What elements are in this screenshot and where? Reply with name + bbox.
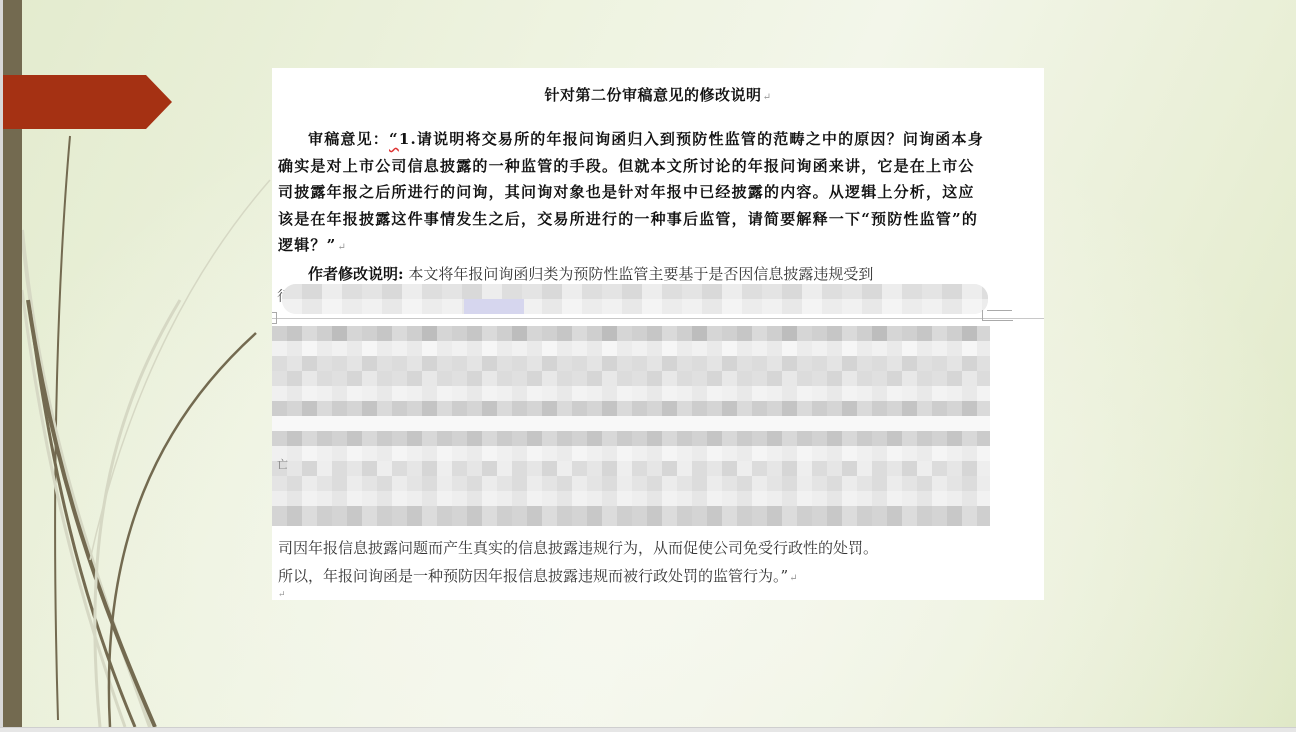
author-response-label: 作者修改说明: (308, 265, 404, 283)
paragraph-mark-icon: ↵ (789, 573, 797, 584)
red-arrow-banner (3, 75, 172, 129)
response-ending: 司因年报信息披露问题而产生真实的信息披露违规行为，从而促使公司免受行政性的处罚。… (278, 534, 1038, 593)
margin-corner-mark (982, 310, 1013, 321)
review-comment-paragraph: 审稿意见：“1.请说明将交易所的年报问询函归入到预防性监管的范畴之中的原因？问询… (278, 126, 986, 262)
embedded-document-image: 针对第二份审稿意见的修改说明↵ 审稿意见：“1.请说明将交易所的年报问询函归入到… (272, 68, 1044, 600)
redacted-blur-main (272, 326, 990, 526)
document-title-text: 针对第二份审稿意见的修改说明 (545, 86, 762, 104)
paragraph-mark-icon: ↵ (763, 92, 772, 103)
margin-line-mark (987, 310, 1012, 311)
section-divider (272, 318, 1044, 319)
document-title: 针对第二份审稿意见的修改说明↵ (272, 84, 1044, 105)
author-response-text: 本文将年报问询函归类为预防性监管主要基于是否因信息披露违规受到 (404, 265, 874, 283)
spellcheck-quote: “ (389, 130, 399, 148)
partial-char: 亡 (277, 456, 288, 472)
review-comment-text: 1.请说明将交易所的年报问询函归入到预防性监管的范畴之中的原因？问询函本身确实是… (278, 130, 984, 254)
presentation-slide: 针对第二份审稿意见的修改说明↵ 审稿意见：“1.请说明将交易所的年报问询函归入到… (0, 0, 1296, 727)
ending-line: 所以，年报问询函是一种预防因年报信息披露违规而被行政处罚的监管行为。”↵ (278, 562, 1038, 593)
ending-line: 司因年报信息披露问题而产生真实的信息披露违规行为，从而促使公司免受行政性的处罚。 (278, 534, 1038, 562)
paragraph-mark-icon: ↵ (278, 590, 286, 600)
window-bottom-bar (0, 727, 1296, 732)
margin-corner-mark (272, 312, 277, 324)
paragraph-mark-icon: ↵ (337, 242, 347, 253)
review-comment-label: 审稿意见： (308, 130, 389, 148)
ending-line-text: 所以，年报问询函是一种预防因年报信息披露违规而被行政处罚的监管行为。” (278, 567, 788, 585)
redacted-blur-top (282, 284, 988, 314)
